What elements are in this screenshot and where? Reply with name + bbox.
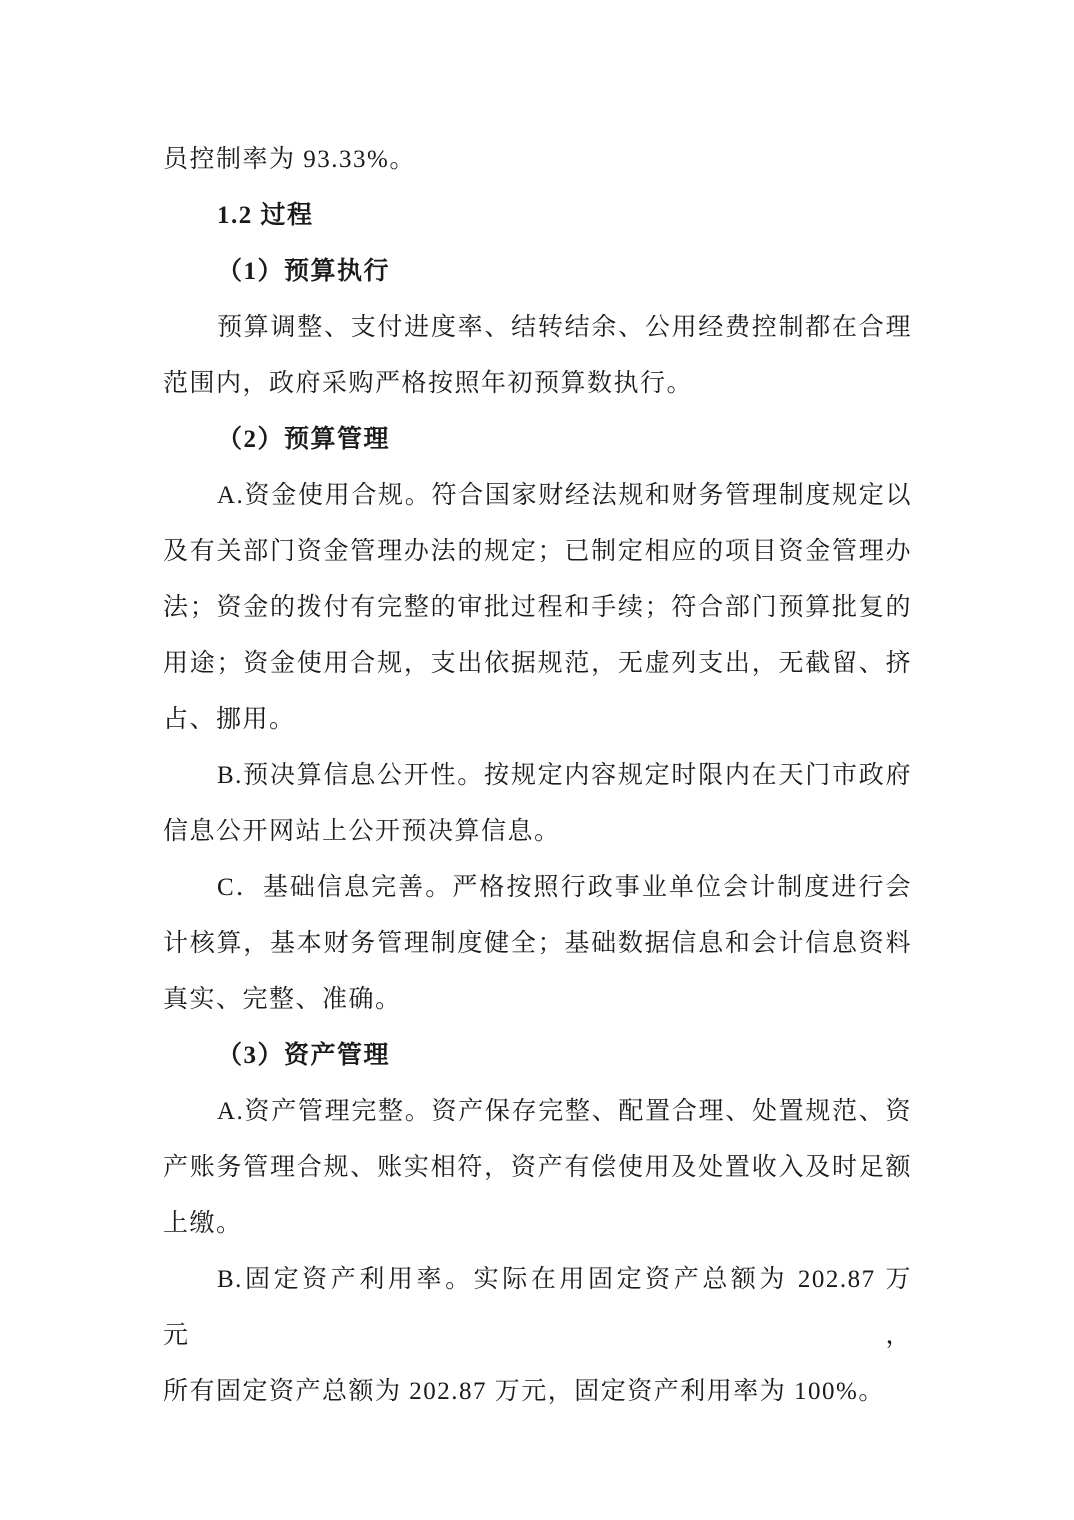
body-text-line: 信息公开网站上公开预决算信息。	[163, 804, 912, 860]
heading-line: 1.2 过程	[163, 188, 912, 244]
heading-line: （1）预算执行	[163, 244, 912, 300]
body-text-line: 真实、完整、准确。	[163, 972, 912, 1028]
body-text-line: 上缴。	[163, 1196, 912, 1252]
body-text-line: 占、挪用。	[163, 692, 912, 748]
body-text-line: 预算调整、支付进度率、结转结余、公用经费控制都在合理	[163, 300, 912, 356]
body-text-line: 产账务管理合规、账实相符，资产有偿使用及处置收入及时足额	[163, 1140, 912, 1196]
body-text-line: B.预决算信息公开性。按规定内容规定时限内在天门市政府	[163, 748, 912, 804]
document-page: 员控制率为 93.33%。1.2 过程（1）预算执行预算调整、支付进度率、结转结…	[0, 0, 1074, 1520]
body-text-line: 法；资金的拨付有完整的审批过程和手续；符合部门预算批复的	[163, 580, 912, 636]
body-text-line: 员控制率为 93.33%。	[163, 132, 912, 188]
heading-line: （3）资产管理	[163, 1028, 912, 1084]
body-text-line: C．基础信息完善。严格按照行政事业单位会计制度进行会	[163, 860, 912, 916]
body-text-line: 及有关部门资金管理办法的规定；已制定相应的项目资金管理办	[163, 524, 912, 580]
document-body: 员控制率为 93.33%。1.2 过程（1）预算执行预算调整、支付进度率、结转结…	[163, 132, 912, 1420]
heading-line: （2）预算管理	[163, 412, 912, 468]
body-text-line: 范围内，政府采购严格按照年初预算数执行。	[163, 356, 912, 412]
body-text-line: B.固定资产利用率。实际在用固定资产总额为 202.87 万元，	[163, 1252, 912, 1364]
body-text-line: A.资金使用合规。符合国家财经法规和财务管理制度规定以	[163, 468, 912, 524]
body-text-line: 用途；资金使用合规，支出依据规范，无虚列支出，无截留、挤	[163, 636, 912, 692]
body-text-line: 计核算，基本财务管理制度健全；基础数据信息和会计信息资料	[163, 916, 912, 972]
body-text-line: 所有固定资产总额为 202.87 万元，固定资产利用率为 100%。	[163, 1364, 912, 1420]
body-text-line: A.资产管理完整。资产保存完整、配置合理、处置规范、资	[163, 1084, 912, 1140]
